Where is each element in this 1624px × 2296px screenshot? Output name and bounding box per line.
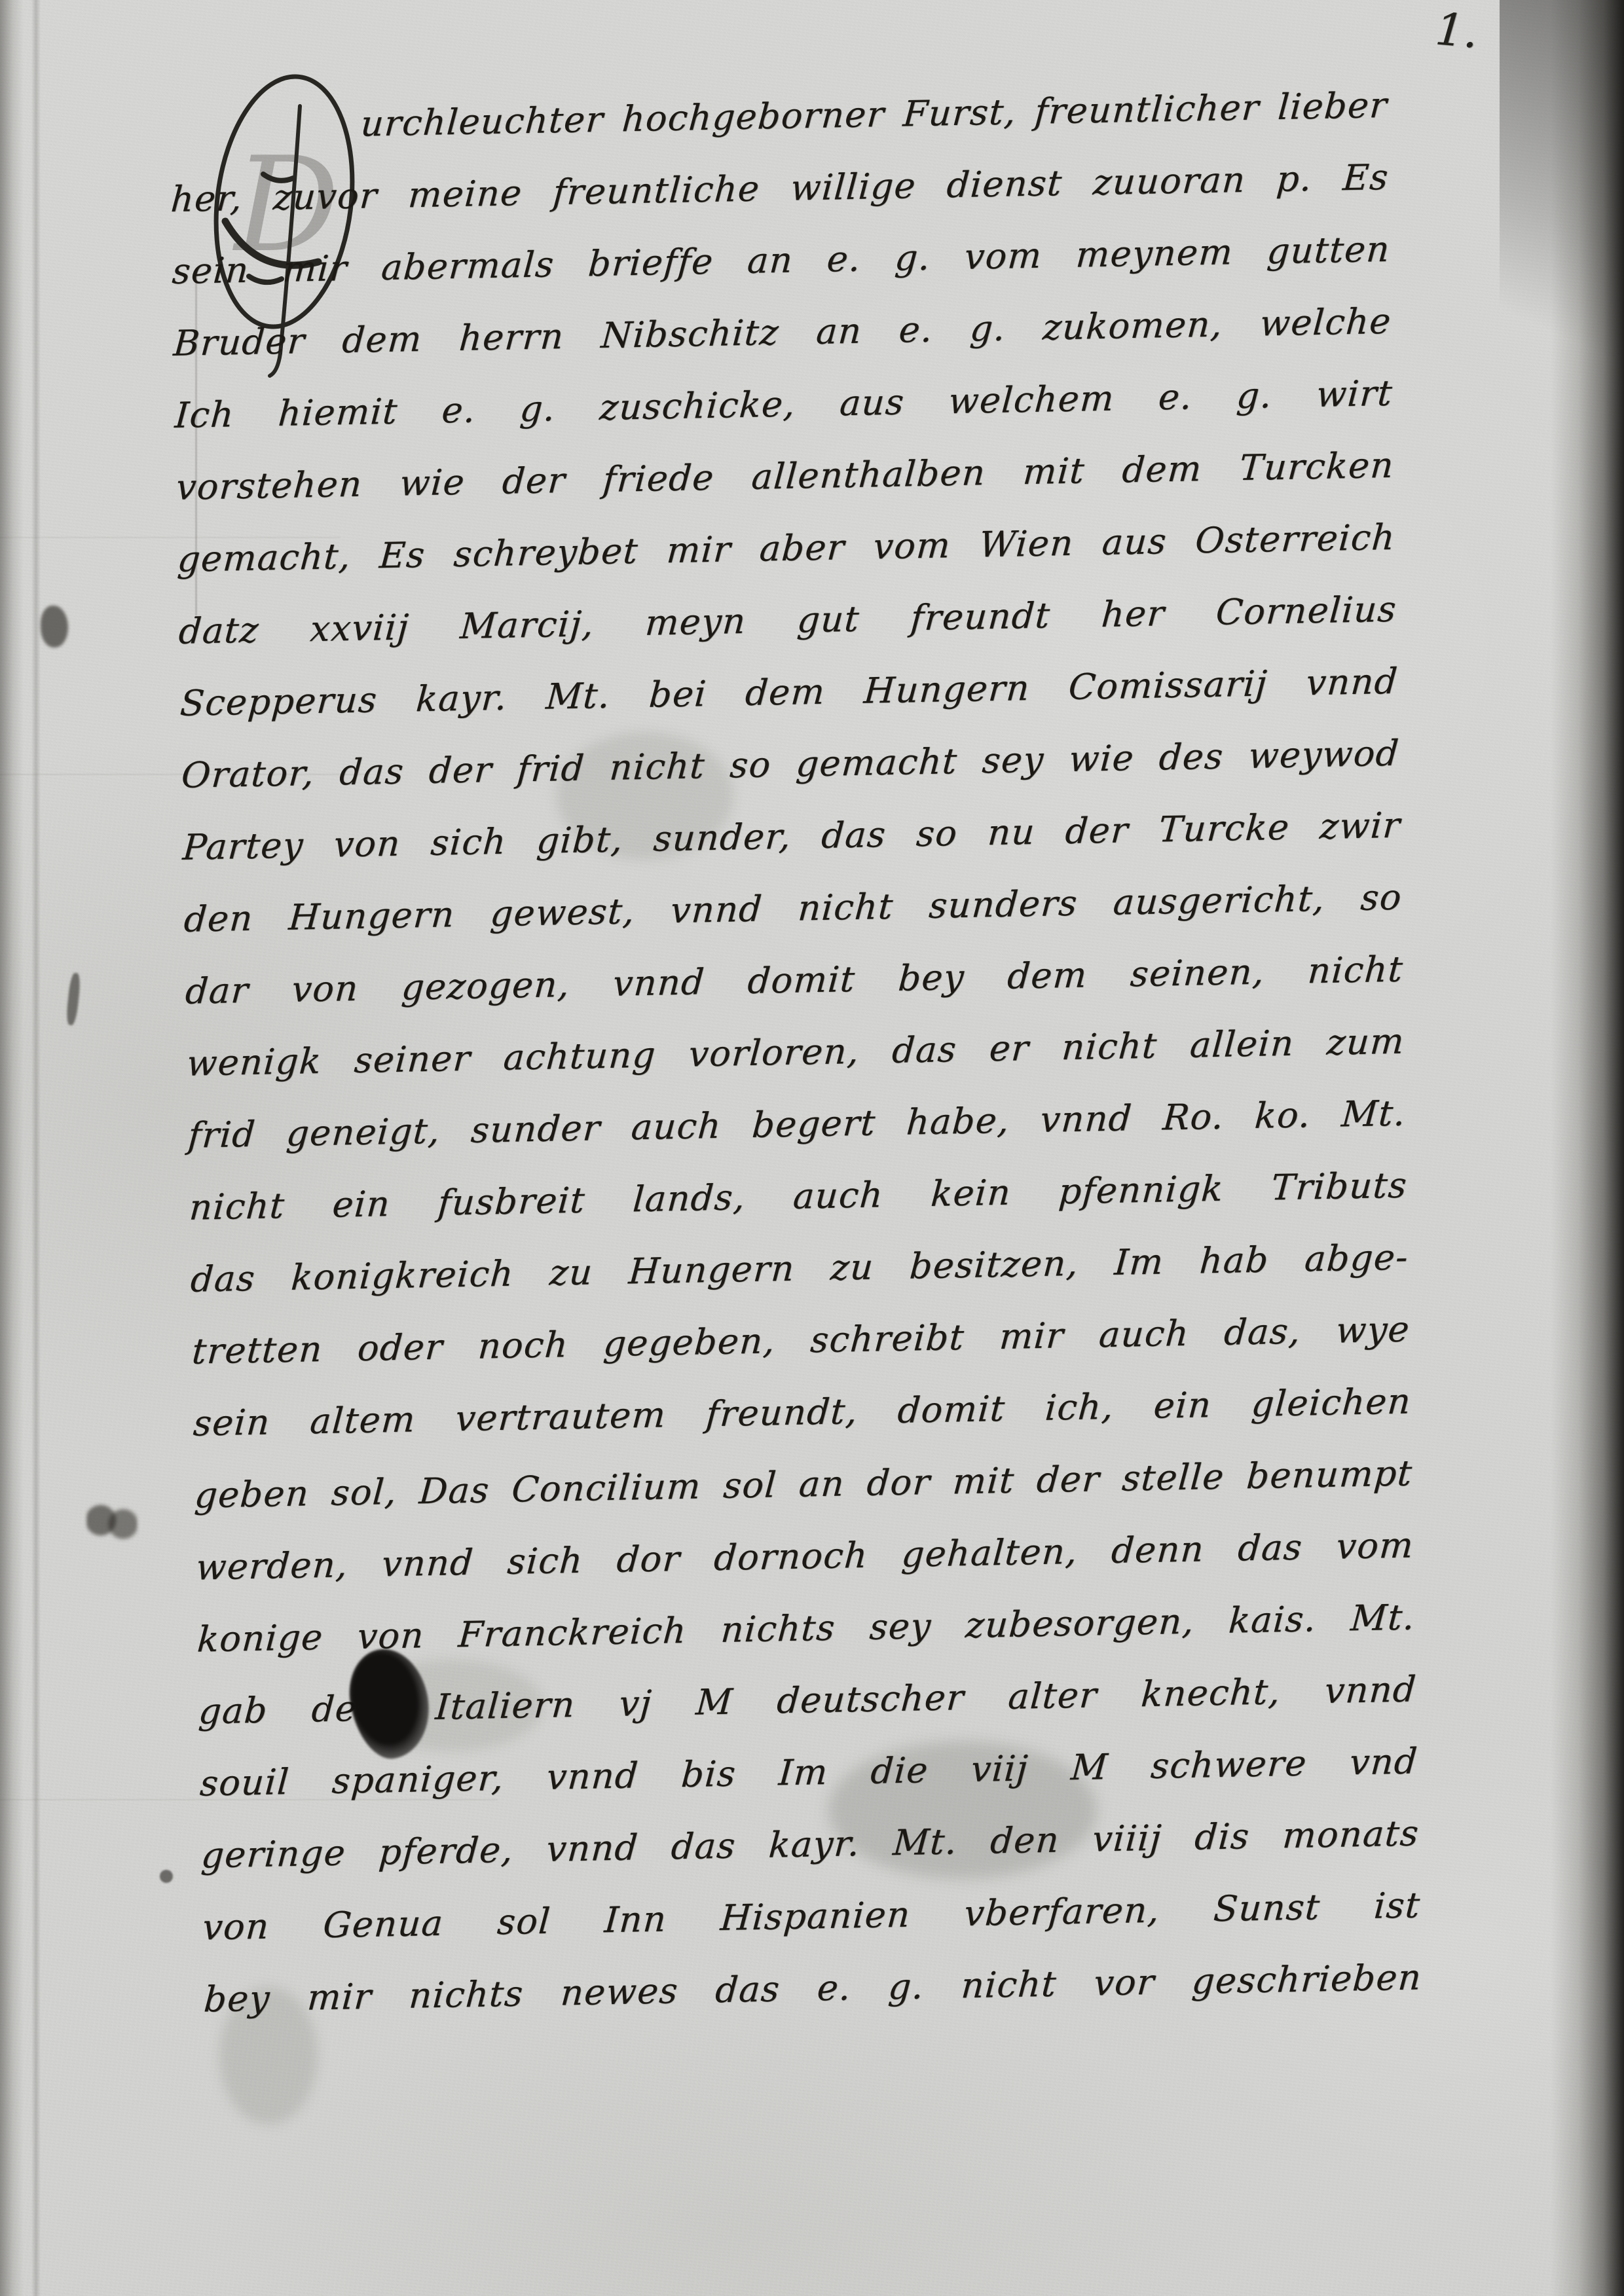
page-number: 1. [1433,7,1480,55]
scanned-manuscript-page: { "page": { "number": "1." }, "manuscrip… [0,0,1624,2296]
left-edge-crease [31,0,41,2296]
letter-body: urchleuchter hochgeborner Furst, freuntl… [169,69,1422,2036]
left-page-edge-shadow [0,0,24,2296]
page-edge-shadow-top [1500,0,1624,498]
